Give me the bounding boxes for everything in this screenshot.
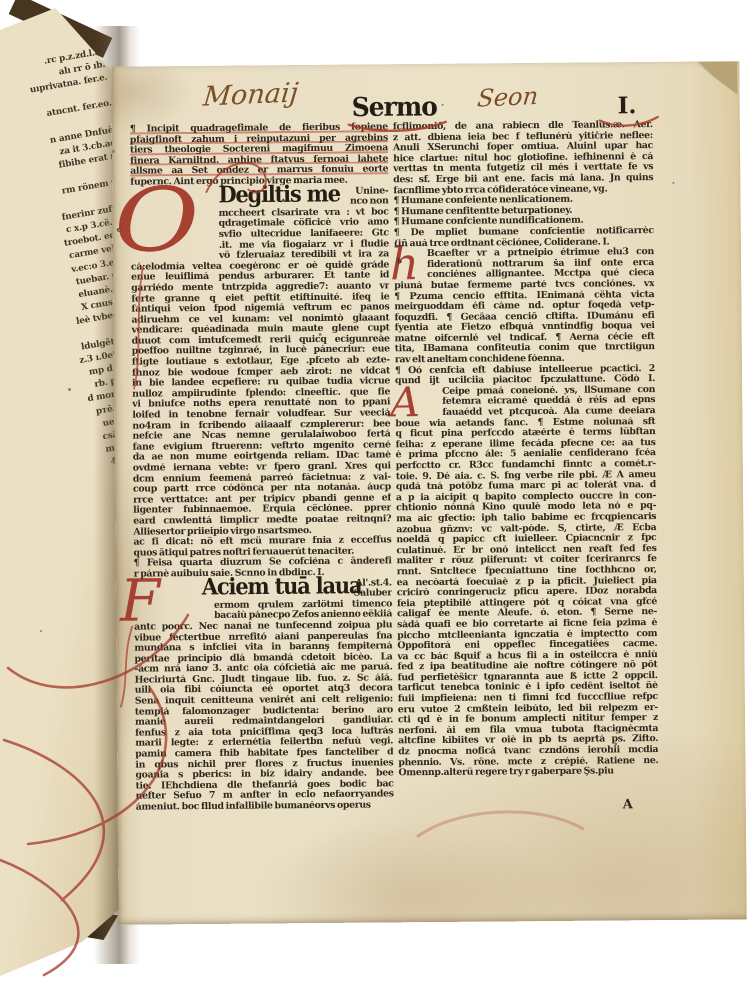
- book-page: Monaij Sermo Seon I. O F h A c b Degilti…: [111, 61, 746, 924]
- speck: [207, 666, 209, 668]
- text-line: [398, 777, 658, 790]
- guide-letter-c: c: [117, 225, 121, 234]
- sermon1-incipit-words: Degiltis me: [218, 182, 340, 207]
- speck: [614, 742, 617, 745]
- printed-header-title: Sermo: [351, 91, 437, 122]
- handwritten-annotation-right: Seon: [476, 82, 540, 113]
- speck: [68, 388, 71, 391]
- text-line: ámeniut. boc fllud infallibile bumanéorv…: [136, 800, 394, 813]
- dog-ear-corner: [693, 61, 737, 99]
- sermon2-incipit-words: Aciem tuā laua: [202, 574, 362, 599]
- speck: [319, 333, 322, 336]
- text-column-right: fcflimoniō, de ana rabiecn dle Teanlus.æ…: [393, 120, 659, 790]
- text-column-left: ¶ Incipit quadragefimale de fieribus fop…: [130, 122, 394, 813]
- speck: [442, 104, 444, 106]
- guide-letter-b: b: [397, 256, 402, 265]
- page-number: I.: [618, 92, 637, 119]
- speck: [40, 630, 42, 632]
- book-photo: .rc p.z.zd.l.a.alı rr ō ıb.uıprivatna. f…: [0, 0, 750, 1000]
- speck: [112, 150, 115, 153]
- quire-signature: A: [588, 797, 668, 813]
- handwritten-annotation-left: Monaij: [202, 77, 300, 112]
- speck: [672, 182, 674, 184]
- speck: [564, 393, 566, 395]
